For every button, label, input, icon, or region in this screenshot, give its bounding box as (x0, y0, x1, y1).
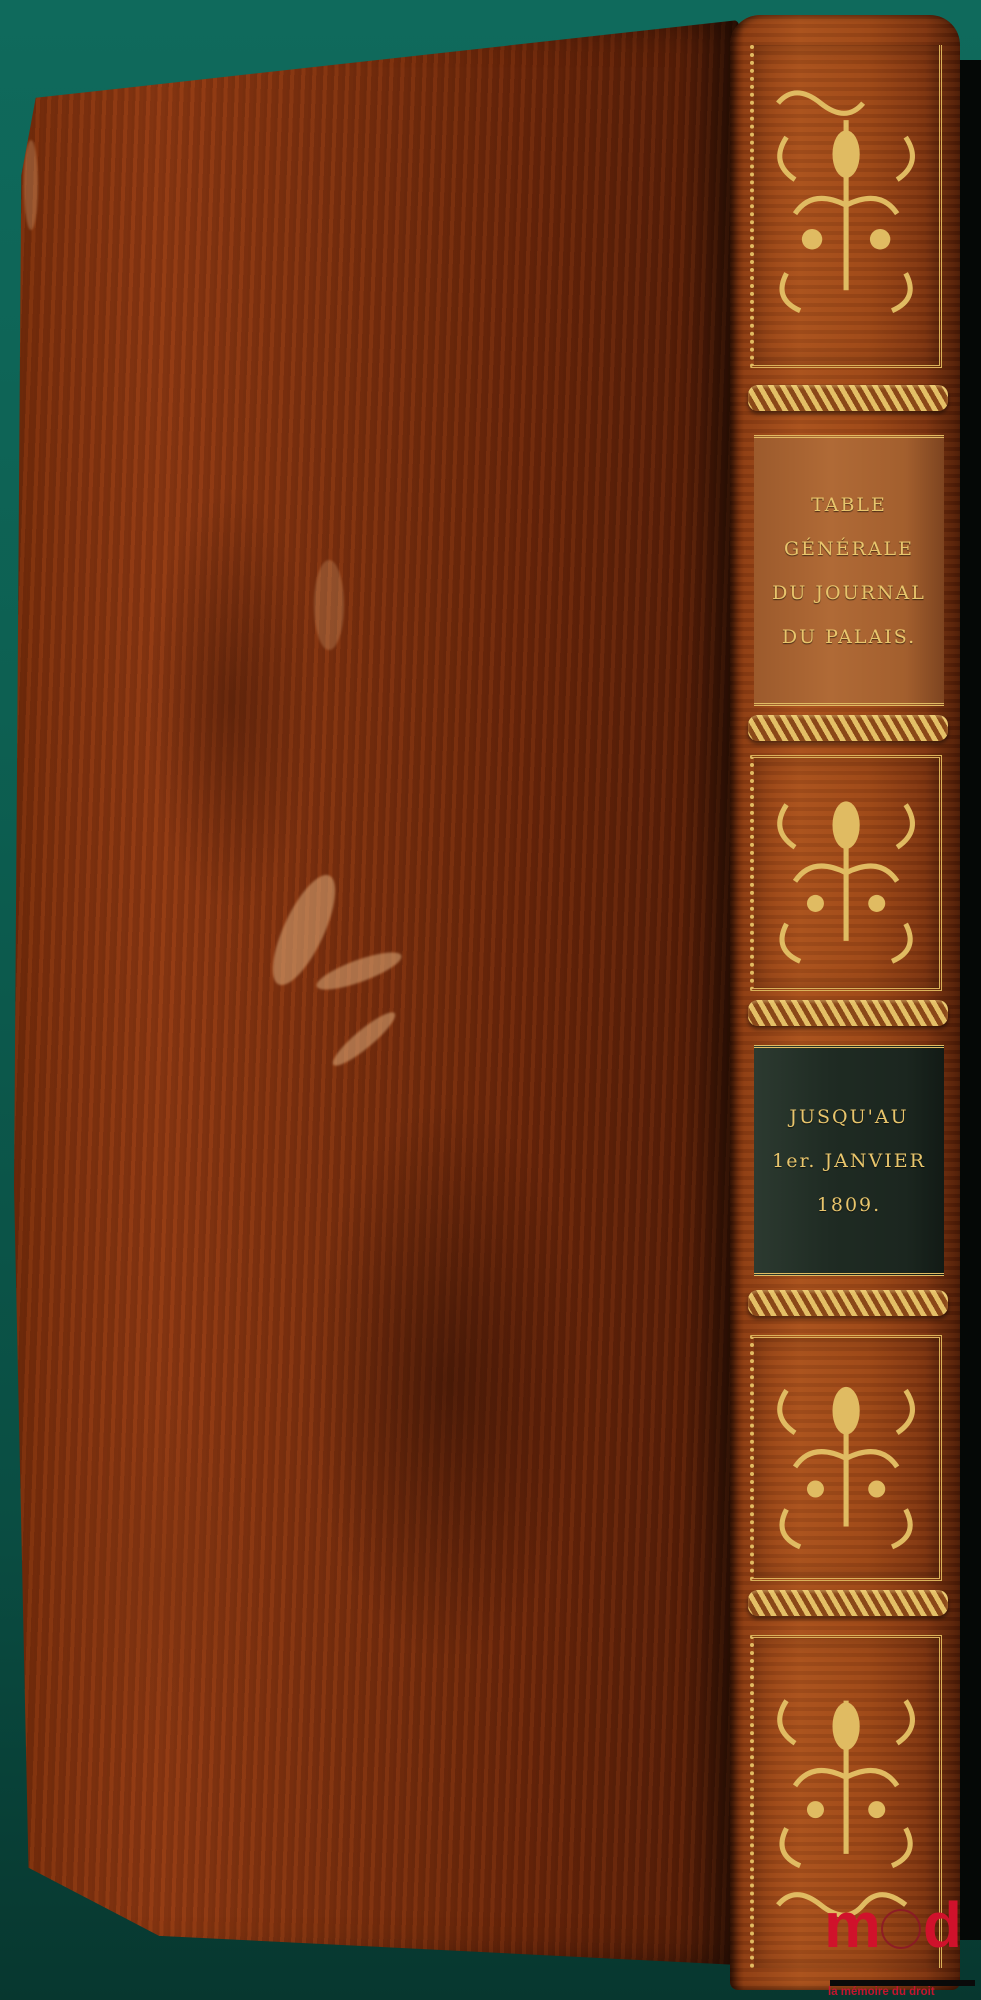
cover-scuff (24, 140, 38, 230)
spine-date-label: JUSQU'AU 1er. JANVIER 1809. (754, 1045, 944, 1276)
title-line: DU JOURNAL (772, 571, 926, 615)
spine-raised-band (748, 1000, 948, 1026)
spine-ornament-panel (750, 755, 942, 991)
spine-raised-band (748, 1290, 948, 1316)
watermark-monogram: md (824, 1895, 960, 1955)
watermark-letter-m: m (824, 1889, 879, 1961)
spine-ornament-panel (750, 45, 942, 368)
cover-scuff (314, 560, 344, 650)
title-line: TABLE (811, 483, 887, 527)
book-front-cover (14, 20, 739, 1965)
date-line: 1er. JANVIER (772, 1139, 926, 1183)
spine-raised-band (748, 1590, 948, 1616)
floral-gilt-ornament-icon (761, 58, 931, 352)
spine-raised-band (748, 385, 948, 411)
spine-ornament-panel (750, 1335, 942, 1581)
spine-raised-band (748, 715, 948, 741)
spine-title-label: TABLE GÉNÉRALE DU JOURNAL DU PALAIS. (754, 435, 944, 706)
date-line: 1809. (817, 1183, 881, 1227)
watermark-circle-icon (881, 1909, 921, 1949)
title-line: GÉNÉRALE (784, 527, 914, 571)
watermark-letter-d: d (923, 1889, 960, 1961)
book-spine: TABLE GÉNÉRALE DU JOURNAL DU PALAIS. JUS… (730, 15, 960, 1990)
cover-scuff (328, 1006, 401, 1071)
date-line: JUSQU'AU (789, 1095, 908, 1139)
floral-gilt-ornament-icon (761, 767, 931, 979)
watermark-tagline: la mémoire du droit (828, 1986, 935, 1998)
floral-gilt-ornament-icon (761, 1348, 931, 1569)
watermark-logo: md la mémoire du droit (824, 1895, 981, 2000)
title-line: DU PALAIS. (782, 615, 916, 659)
cover-scuff (313, 945, 405, 996)
